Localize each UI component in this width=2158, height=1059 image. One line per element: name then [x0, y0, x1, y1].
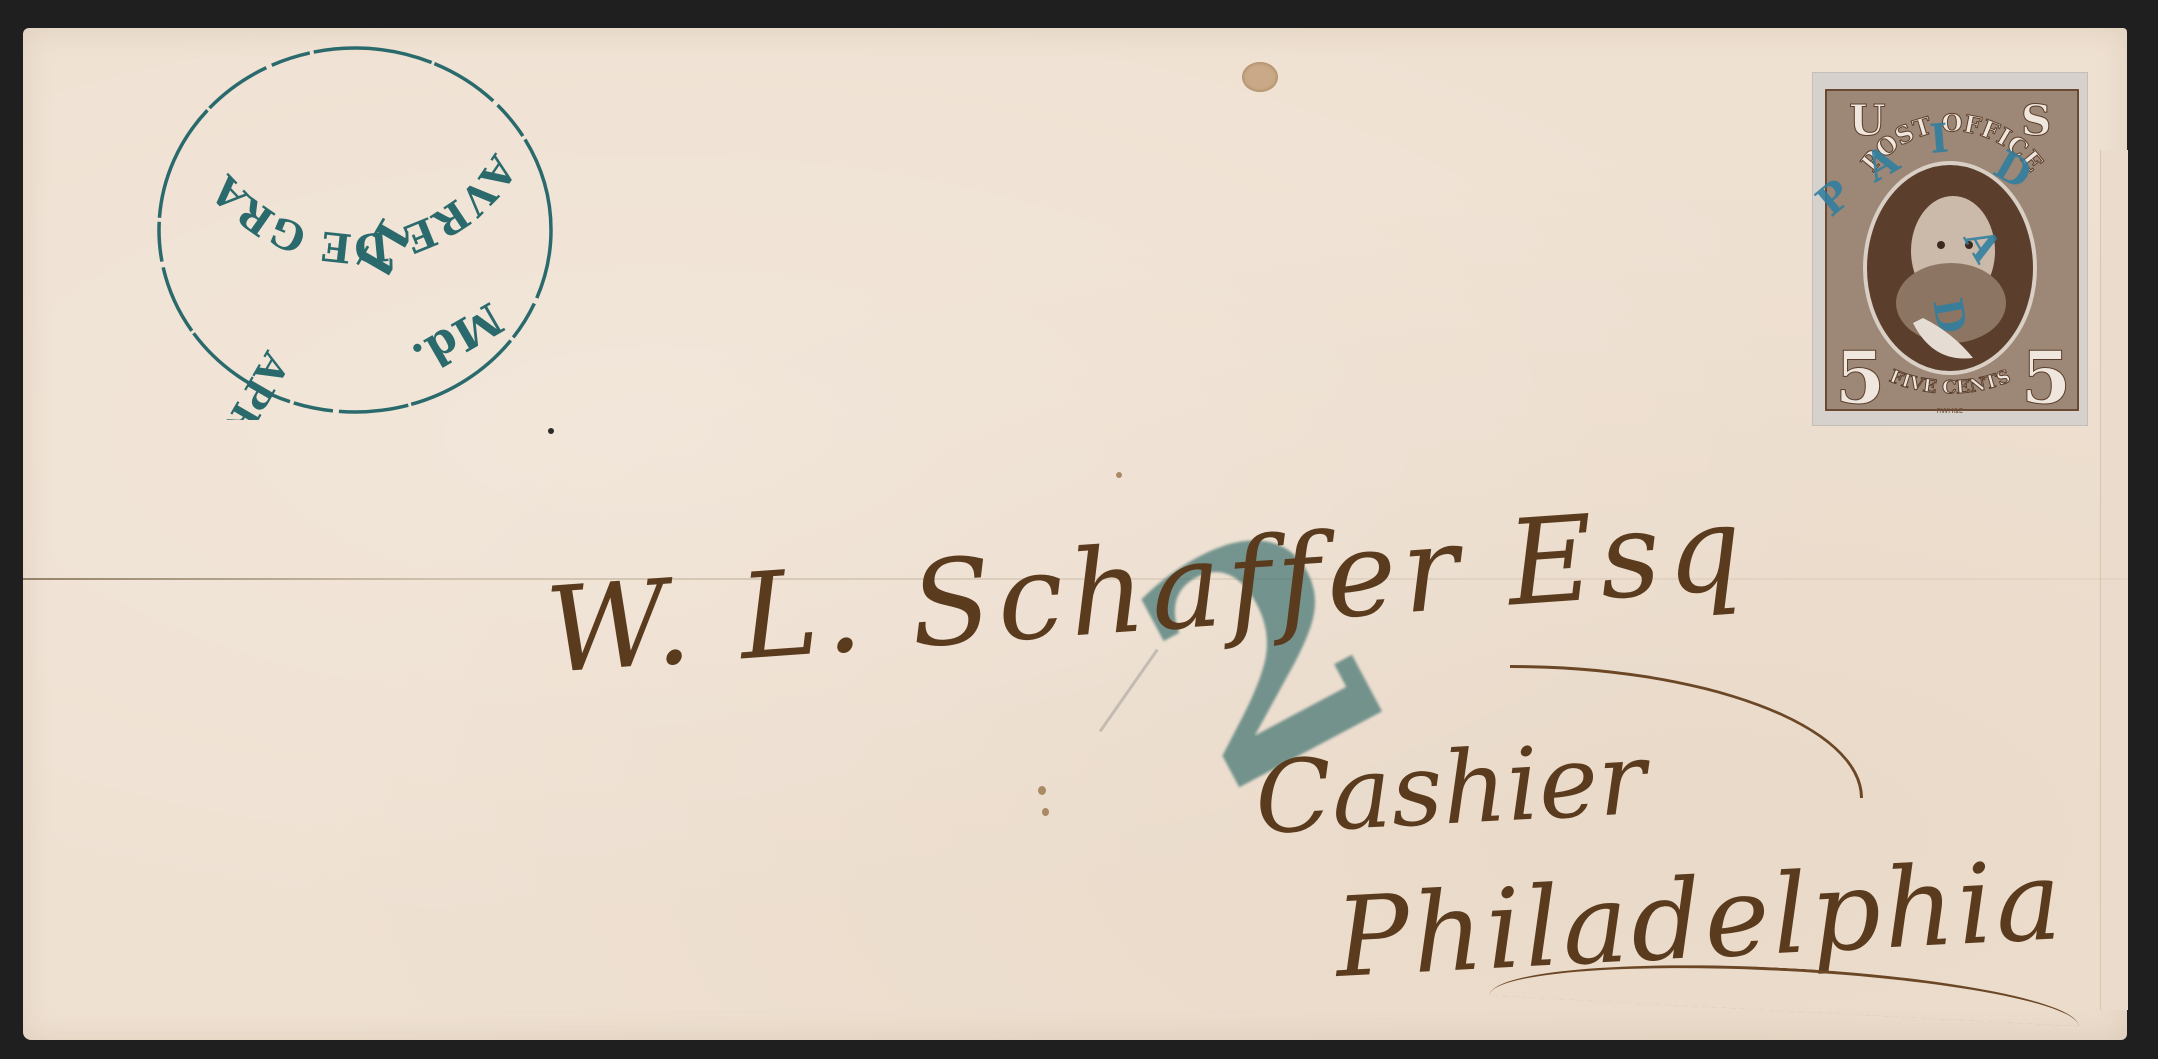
svg-text:P: P	[1813, 170, 1860, 225]
postmark-state: Md.	[403, 292, 511, 384]
stain-speck	[548, 428, 554, 434]
stamp-numeral-right: 5	[2021, 335, 2071, 420]
envelope-flap-edge	[2100, 150, 2128, 1010]
postmark-month: APR	[215, 344, 299, 420]
stamp-numeral-left: 5	[1835, 335, 1885, 420]
stamp-imprint: RWH&E	[1937, 407, 1964, 415]
postage-stamp: U S POST OFFICE FIVE CENTS 5 5 RWH&E P A…	[1812, 72, 2088, 426]
stain-spot	[1242, 62, 1278, 92]
address-title: Cashier	[1252, 720, 1648, 857]
stain-speck	[1038, 786, 1046, 795]
stain-speck	[1042, 808, 1049, 816]
circular-datestamp: HAVRE DE GRACE APR 11 Md.	[150, 30, 560, 420]
stain-speck	[1116, 472, 1122, 478]
